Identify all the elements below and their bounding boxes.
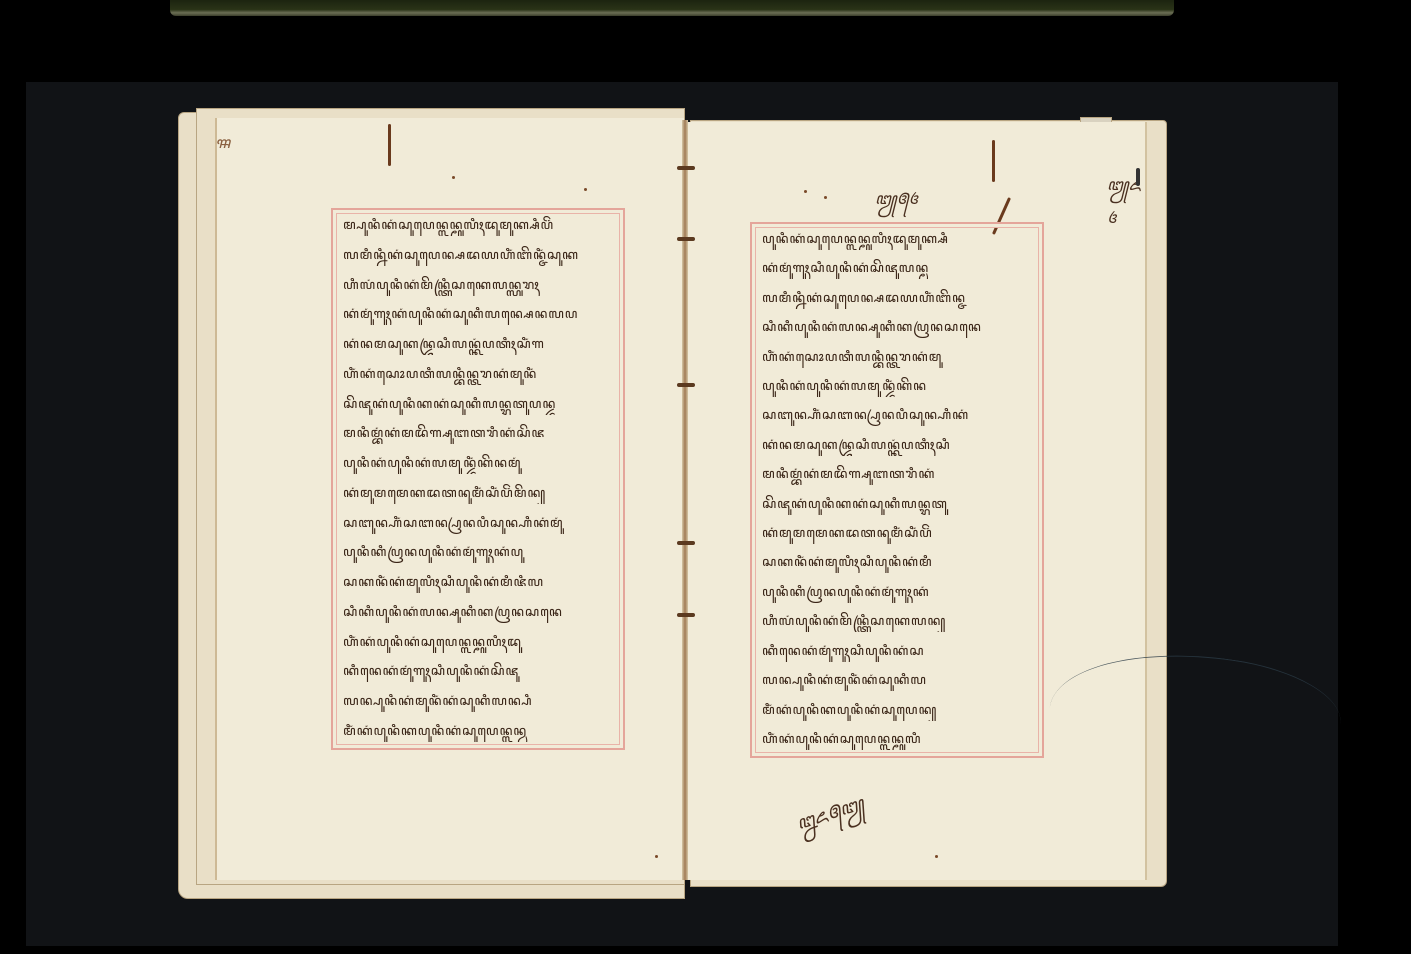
- text-line: ꦱꦼꦗꦸꦏꦁꦥꦸꦤꦶꦏꦏꦁꦱꦸꦏꦶꦭꦤ꧀ꦫꦠꦸ: [762, 495, 1032, 515]
- binding-stitch: [677, 383, 695, 387]
- ink-spot: [452, 176, 455, 179]
- text-line: ꦱꦧꦸꦤ꧀ꦲꦶꦁꦱꦧꦤ꧀ꦥꦿꦤꦥꦶꦱꦸꦤ꧀ꦲꦶꦏꦁꦩꦸꦁ: [343, 514, 613, 534]
- text-line: ꦱꦶꦏꦶꦥꦸꦤꦶꦏꦁꦭꦤ꧀ꦱꦸꦏꦶꦏꦥꦿꦤꦱꦤꦺ: [343, 603, 613, 623]
- ink-spot: [935, 855, 938, 858]
- binding-stitch: [677, 541, 695, 545]
- text-line: ꦭꦩꦶꦤ꧀ꦤꦶꦏꦁꦱꦸꦥꦺꦤ꧀ꦱꦢꦪꦲꦶꦁꦧꦼꦤ꧀ꦗꦶꦁꦱꦸꦏ: [343, 246, 613, 266]
- text-line: ꦩꦶꦁꦏꦁꦥꦸꦤꦶꦏꦥꦸꦤꦶꦏꦁꦱꦸꦥꦺꦤ꧀ꦭꦤ꧀ꦮ: [343, 722, 613, 742]
- text-line: ꦱꦶꦏꦶꦥꦸꦤꦶꦏꦁꦭꦤ꧀ꦱꦸꦏꦶꦏꦥꦿꦤꦱꦤꦺ: [762, 318, 1032, 338]
- text-line: ꦏꦁꦩꦸꦁꦒꦸꦃꦱꦶꦥꦸꦤꦶꦏꦁꦱꦼꦗꦸꦭꦤ꧀ꦩ: [762, 259, 1032, 279]
- text-line: ꦱꦏꦤꦶꦁꦏꦁꦩꦸꦭꦶꦃꦱꦶꦥꦸꦤꦶꦏꦁꦩꦶꦗꦶꦭ: [343, 573, 613, 593]
- ink-spot: [804, 190, 807, 193]
- text-line: ꦲꦶꦁꦏꦁꦱꦺꦴꦥꦠꦶꦭꦤ꧀ꦧꦶꦤ꧀ꦠꦫꦏꦁꦩꦸꦤꦶꦁ: [343, 365, 613, 385]
- text-line: ꦥꦸꦤꦶꦏꦁꦥꦸꦤꦶꦏꦁꦭꦩꦸꦤ꧀ꦢꦶꦁꦏꦼꦤ: [762, 377, 1032, 397]
- binding-stitch: [677, 237, 695, 241]
- text-line: ꦱꦼꦗꦸꦏꦁꦥꦸꦤꦶꦏꦏꦁꦱꦸꦏꦶꦭꦤ꧀ꦫꦠꦸꦥꦤ꧀ꦢ: [343, 395, 613, 415]
- left-corner-mark: ꦯ: [215, 130, 230, 163]
- right-text-block: ꦥꦸꦤꦶꦏꦁꦱꦸꦥꦺꦤ꧀ꦭꦤ꧀ꦩꦸꦭꦶꦃꦢꦸꦩꦸꦏ꧀ꦱꦶ ꦏꦁꦩꦸꦁꦒꦸꦃꦱꦶꦥ…: [762, 230, 1032, 750]
- text-line: ꦥꦸꦤꦶꦏꦁꦥꦸꦤꦶꦏꦁꦭꦩꦸꦤ꧀ꦢꦶꦁꦏꦼꦤꦩꦸꦁ: [343, 454, 613, 474]
- text-line: ꦲꦶꦁꦏꦁꦥꦸꦤꦶꦏꦁꦱꦸꦥꦺꦤ꧀ꦭꦤ꧀ꦩꦸꦭꦶꦃꦢꦸ: [343, 633, 613, 653]
- ink-stroke: [388, 124, 391, 166]
- text-line: ꦲꦶꦭꦁꦥꦸꦤꦶꦏꦁꦩꦼꦤ꧀ꦠꦿꦶꦱꦏꦺꦭꦤ꧀ꦭꦸꦫꦃ: [343, 276, 613, 296]
- text-line: ꦏꦶꦤꦺꦏꦁꦩꦸꦁꦒꦸꦃꦱꦶꦥꦸꦤꦶꦏꦁꦱꦼꦗꦸ: [343, 662, 613, 682]
- ink-stroke: [992, 140, 995, 182]
- right-text-frame: ꦥꦸꦤꦶꦏꦁꦱꦸꦥꦺꦤ꧀ꦭꦤ꧀ꦩꦸꦭꦶꦃꦢꦸꦩꦸꦏ꧀ꦱꦶ ꦏꦁꦩꦸꦁꦒꦸꦃꦱꦶꦥ…: [750, 222, 1044, 758]
- text-line: ꦏꦁꦤꦩꦱꦸꦏꦤ꧀ꦢꦿꦱꦶꦭꦤ꧀ꦏꦁꦥꦠꦶꦃꦱꦶꦁꦒ: [343, 335, 613, 355]
- text-line: ꦥꦸꦤꦶꦏꦶꦥꦿꦤꦥꦸꦤꦶꦏꦁꦩꦸꦁꦒꦸꦃꦏꦁ: [762, 583, 1032, 603]
- text-line: ꦲꦶꦁꦏꦁꦱꦺꦴꦥꦠꦶꦭꦤ꧀ꦧꦶꦤ꧀ꦠꦫꦏꦁꦩꦸ: [762, 348, 1032, 368]
- left-text-block: ꦩ꧀ꦥꦸꦤꦶꦏꦁꦱꦸꦥꦺꦤ꧀ꦭꦤ꧀ꦩꦸꦭꦶꦃꦢꦸꦩꦸꦏ꧀ꦱꦶꦥꦼꦁ ꦭꦩꦶꦤ꧀ꦤ…: [343, 216, 613, 742]
- binding-stitch: [677, 613, 695, 617]
- text-line: ꦩꦤꦶꦩ꧀ꦧꦁꦏꦁꦩꦢꦼꦒ꧀ꦱꦸꦧꦠꦫꦶꦏꦁꦱꦼꦗ: [343, 424, 613, 444]
- ink-spot: [584, 188, 587, 191]
- text-line: ꦩ꧀ꦥꦸꦤꦶꦏꦁꦱꦸꦥꦺꦤ꧀ꦭꦤ꧀ꦩꦸꦭꦶꦃꦢꦸꦩꦸꦏ꧀ꦱꦶꦥꦼꦁ: [343, 216, 613, 236]
- text-line: ꦥꦸꦤꦶꦏꦁꦱꦸꦥꦺꦤ꧀ꦭꦤ꧀ꦩꦸꦭꦶꦃꦢꦸꦩꦸꦏ꧀ꦱꦶ: [762, 230, 1032, 250]
- text-line: ꦭꦤ꧀ꦥꦸꦤꦶꦏꦁꦩꦸꦤꦶꦁꦏꦁꦱꦸꦏꦶꦭ: [762, 671, 1032, 691]
- binding-stitch: [677, 166, 695, 170]
- ink-spot: [824, 196, 827, 199]
- ink-spot: [655, 855, 658, 858]
- text-line: ꦏꦁꦩꦸꦩꦩꦺꦏꦢꦠꦤꦸꦩꦶꦁꦱꦶꦁꦥꦼꦁ: [762, 524, 1032, 544]
- text-line: ꦲꦶꦁꦏꦁꦥꦸꦤꦶꦏꦁꦱꦸꦥꦺꦤ꧀ꦭꦤ꧀ꦩꦸꦭꦶ: [762, 730, 1032, 750]
- text-line: ꦩꦶꦁꦏꦁꦥꦸꦤꦶꦏꦥꦸꦤꦶꦏꦁꦱꦸꦥꦺꦤ꧀: [762, 701, 1032, 721]
- text-line: ꦥꦸꦤꦶꦏꦶꦥꦿꦤꦥꦸꦤꦶꦏꦁꦩꦸꦁꦒꦸꦃꦏꦁꦥꦸ: [343, 543, 613, 563]
- text-line: ꦏꦶꦤꦺꦏꦁꦩꦸꦁꦒꦸꦃꦱꦶꦥꦸꦤꦶꦏꦁꦱ: [762, 642, 1032, 662]
- text-line: ꦱꦧꦸꦤ꧀ꦲꦶꦁꦱꦧꦤ꧀ꦥꦿꦤꦥꦶꦱꦸꦤ꧀ꦲꦶꦏꦁ: [762, 406, 1032, 426]
- ink-stroke: [1136, 168, 1140, 186]
- text-line: ꦲꦶꦭꦁꦥꦸꦤꦶꦏꦁꦩꦼꦤ꧀ꦠꦿꦶꦱꦏꦺꦭꦤ꧀: [762, 612, 1032, 632]
- text-line: ꦭꦩꦶꦤ꧀ꦤꦶꦏꦁꦱꦸꦥꦺꦤ꧀ꦱꦢꦪꦲꦶꦁꦧꦼꦤ꧀ꦗ: [762, 289, 1032, 309]
- page-number-top: ꧓꧕꧔: [875, 186, 918, 219]
- text-line: ꦱꦏꦤꦶꦁꦏꦁꦩꦸꦭꦶꦃꦱꦶꦥꦸꦤꦶꦏꦁꦩꦶ: [762, 553, 1032, 573]
- text-line: ꦏꦁꦤꦩꦱꦸꦏꦤ꧀ꦢꦿꦱꦶꦭꦤ꧀ꦏꦁꦥꦠꦶꦃꦱꦶ: [762, 436, 1032, 456]
- left-text-frame: ꦩ꧀ꦥꦸꦤꦶꦏꦁꦱꦸꦥꦺꦤ꧀ꦭꦤ꧀ꦩꦸꦭꦶꦃꦢꦸꦩꦸꦏ꧀ꦱꦶꦥꦼꦁ ꦭꦩꦶꦤ꧀ꦤ…: [331, 208, 625, 750]
- top-light-strip: [170, 0, 1174, 16]
- text-line: ꦏꦁꦩꦸꦩꦩꦺꦏꦢꦠꦤꦸꦩꦶꦁꦱꦶꦁꦥꦼꦁꦩꦼꦤ꧀: [343, 484, 613, 504]
- book-spine: [682, 120, 688, 880]
- bottom-catalog-number: ꧒꧖꧕꧓: [793, 790, 870, 846]
- text-line: ꦩꦤꦶꦩ꧀ꦧꦁꦏꦁꦩꦢꦼꦒ꧀ꦱꦸꦧꦠꦫꦶꦏꦁ: [762, 465, 1032, 485]
- text-line: ꦏꦁꦩꦸꦁꦒꦸꦃꦏꦁꦥꦸꦤꦶꦏꦁꦱꦸꦏꦶꦭꦤ꧀ꦱꦺꦤꦭꦥ: [343, 305, 613, 325]
- text-line: ꦭꦤ꧀ꦥꦸꦤꦶꦏꦁꦩꦸꦤꦶꦁꦏꦁꦱꦸꦏꦶꦭꦤ꧀ꦥꦶ: [343, 692, 613, 712]
